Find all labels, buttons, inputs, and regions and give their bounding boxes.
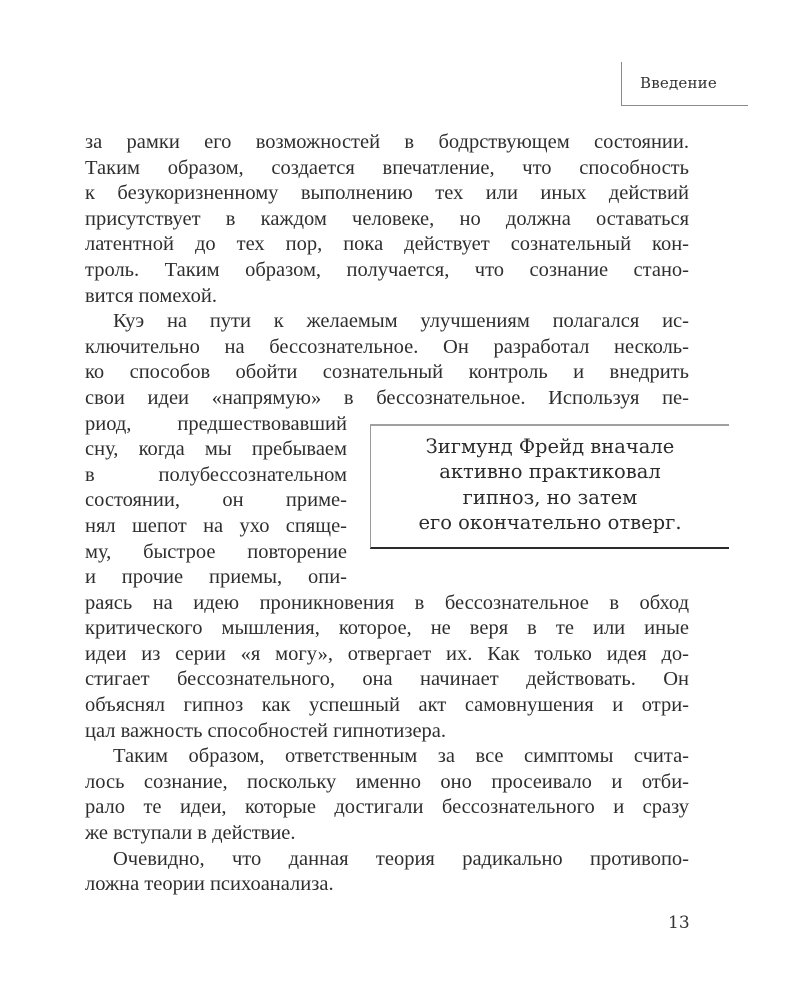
text-line: Куэ на пути к желаемым улучшениям полага… bbox=[85, 309, 689, 335]
text-line: лось сознание, поскольку именно оно прос… bbox=[85, 770, 689, 796]
text-line: к безукоризненному выполнению тех или ин… bbox=[85, 181, 689, 207]
text-line: латентной до тех пор, пока действует соз… bbox=[85, 232, 689, 258]
text-line: критического мышления, которое, не веря … bbox=[85, 616, 689, 642]
text-line: риод, предшествовавший bbox=[85, 412, 347, 438]
text-line: вится помехой. bbox=[85, 284, 689, 310]
text-line: ключительно на бессознательное. Он разра… bbox=[85, 335, 689, 361]
running-head: Введение bbox=[621, 62, 748, 106]
text-line: ложна теории психоанализа. bbox=[85, 872, 689, 898]
text-line: Таким образом, ответственным за все симп… bbox=[85, 744, 689, 770]
text-line: за рамки его возможностей в бодрствующем… bbox=[85, 130, 689, 156]
text-line: му, быстрое повторение bbox=[85, 540, 347, 566]
text-line: свои идеи «напрямую» в бессознательное. … bbox=[85, 386, 689, 412]
text-line: Очевидно, что данная теория радикально п… bbox=[85, 847, 689, 873]
text-line: присутствует в каждом человеке, но должн… bbox=[85, 207, 689, 233]
pullquote-line: гипноз, но затем bbox=[418, 485, 681, 511]
text-line: в полубессознательном bbox=[85, 463, 347, 489]
text-line: раясь на идею проникновения в бессознате… bbox=[85, 591, 689, 617]
text-line: сну, когда мы пребываем bbox=[85, 437, 347, 463]
text-line: цал важность способностей гипнотизера. bbox=[85, 719, 689, 745]
text-line: объяснял гипноз как успешный акт самовну… bbox=[85, 693, 689, 719]
page-number: 13 bbox=[668, 913, 690, 933]
text-line: Таким образом, создается впечатление, чт… bbox=[85, 156, 689, 182]
text-line: же вступали в действие. bbox=[85, 821, 689, 847]
pullquote-line: Зигмунд Фрейд вначале bbox=[418, 434, 681, 460]
text-line: рало те идеи, которые достигали бессозна… bbox=[85, 795, 689, 821]
text-line: стигает бессознательного, она начинает д… bbox=[85, 667, 689, 693]
pullquote-line: активно практиковал bbox=[418, 459, 681, 485]
text-line: идеи из серии «я могу», отвергает их. Ка… bbox=[85, 642, 689, 668]
running-head-title: Введение bbox=[640, 74, 717, 92]
text-line: троль. Таким образом, получается, что со… bbox=[85, 258, 689, 284]
text-line: ко способов обойти сознательный контроль… bbox=[85, 360, 689, 386]
pullquote-box: Зигмунд Фрейд вначале активно практикова… bbox=[370, 424, 729, 549]
pullquote-text: Зигмунд Фрейд вначале активно практикова… bbox=[418, 434, 681, 536]
text-line: состоянии, он приме- bbox=[85, 488, 347, 514]
text-line: нял шепот на ухо спяще- bbox=[85, 514, 347, 540]
pullquote-line: его окончательно отверг. bbox=[418, 510, 681, 536]
text-line: и прочие приемы, опи- bbox=[85, 565, 347, 591]
